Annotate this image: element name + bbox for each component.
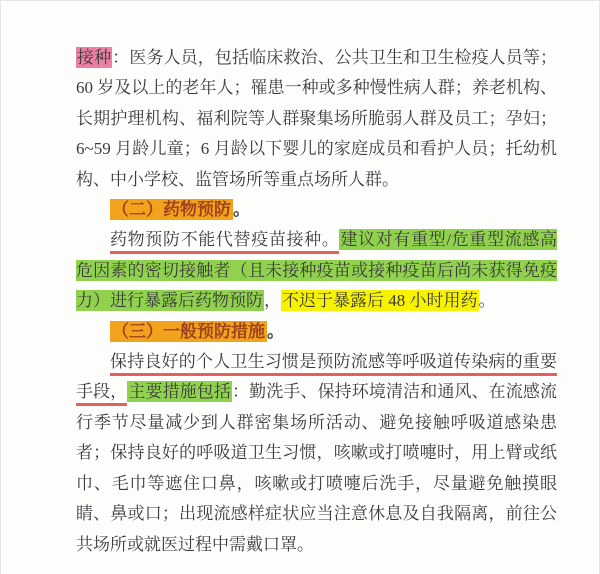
text-run: ， — [264, 291, 281, 310]
text-run: ：勤洗手、保持环境清洁和通风、在流感流行季节尽量减少到人群密集场所活动、避免接触… — [76, 382, 557, 553]
text-run: 。 — [267, 322, 284, 341]
text-run: 药物预防不能代替疫苗接种。 — [110, 230, 339, 254]
text-run: （三）一般预防措施 — [110, 321, 267, 342]
document-content: 接种：医务人员，包括临床救治、公共卫生和卫生检疫人员等；60 岁及以上的老年人；… — [76, 43, 557, 560]
body-paragraph: 保持良好的个人卫生习惯是预防流感等呼吸道传染病的重要手段，主要措施包括：勤洗手、… — [76, 347, 557, 560]
text-run: 。 — [233, 200, 250, 219]
text-run: 。 — [479, 291, 496, 310]
section-heading: （三）一般预防措施。 — [76, 317, 557, 347]
text-run: 接种 — [76, 47, 112, 68]
text-run: ：医务人员，包括临床救治、公共卫生和卫生检疫人员等；60 岁及以上的老年人；罹患… — [76, 48, 557, 189]
text-run: （二）药物预防 — [110, 199, 233, 220]
document-page: 接种：医务人员，包括临床救治、公共卫生和卫生检疫人员等；60 岁及以上的老年人；… — [0, 0, 600, 574]
text-run: 主要措施包括 — [127, 381, 232, 402]
text-run: 不迟于暴露后 48 小时用药 — [281, 290, 479, 311]
section-heading: （二）药物预防。 — [76, 195, 557, 225]
body-paragraph: 药物预防不能代替疫苗接种。建议对有重型/危重型流感高危因素的密切接触者（且未接种… — [76, 225, 557, 316]
body-paragraph: 接种：医务人员，包括临床救治、公共卫生和卫生检疫人员等；60 岁及以上的老年人；… — [76, 43, 557, 195]
